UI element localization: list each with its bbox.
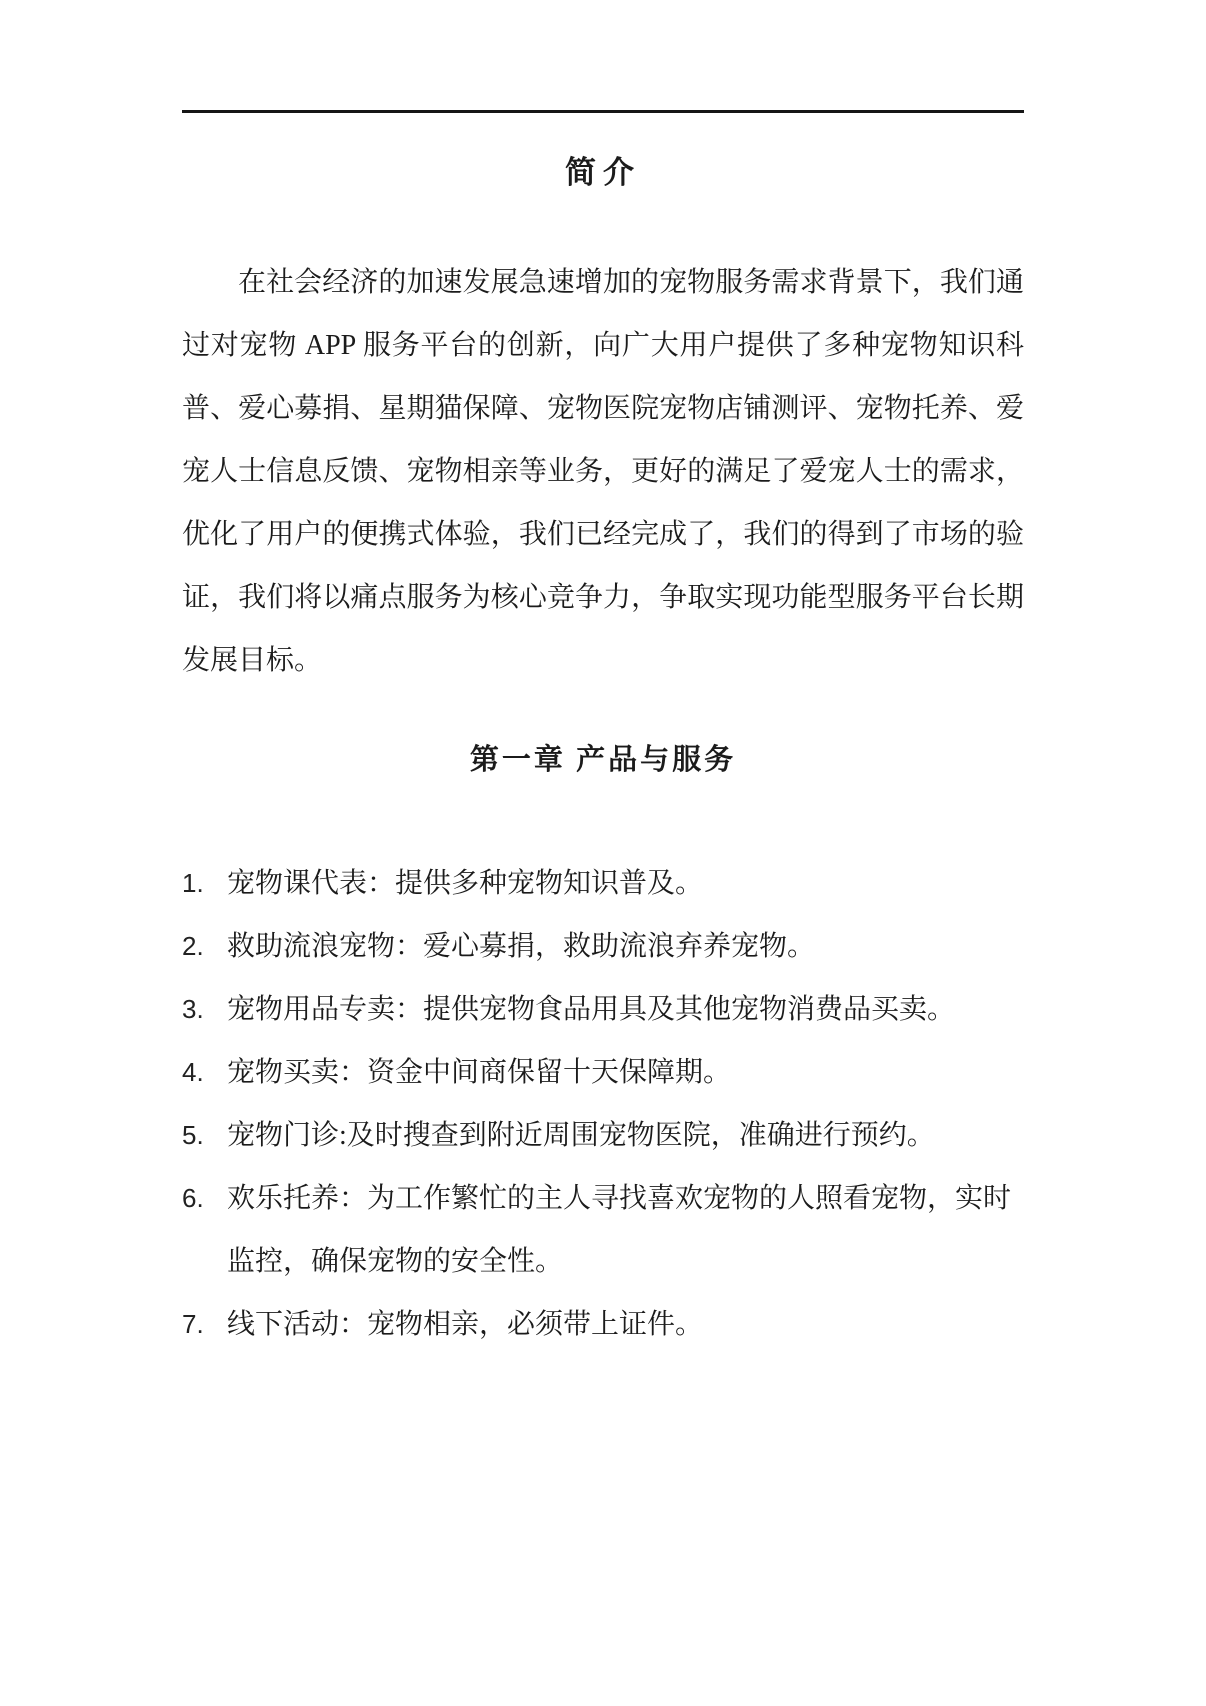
list-item-text: 欢乐托养：为工作繁忙的主人寻找喜欢宠物的人照看宠物，实时监控，确保宠物的安全性。 [227,1167,1024,1293]
list-item-number: 2. [182,915,227,978]
list-item-text: 宠物买卖：资金中间商保留十天保障期。 [227,1041,1024,1104]
list-item-number: 1. [182,852,227,915]
intro-paragraph: 在社会经济的加速发展急速增加的宠物服务需求背景下，我们通过对宠物 APP 服务平… [182,251,1024,692]
list-item: 3. 宠物用品专卖：提供宠物食品用具及其他宠物消费品买卖。 [182,978,1024,1041]
list-item-text: 线下活动：宠物相亲，必须带上证件。 [227,1293,1024,1356]
list-item-number: 6. [182,1167,227,1230]
list-item-number: 5. [182,1104,227,1167]
list-item: 6. 欢乐托养：为工作繁忙的主人寻找喜欢宠物的人照看宠物，实时监控，确保宠物的安… [182,1167,1024,1293]
document-content: 简介 在社会经济的加速发展急速增加的宠物服务需求背景下，我们通过对宠物 APP … [182,110,1024,1356]
list-item: 4. 宠物买卖：资金中间商保留十天保障期。 [182,1041,1024,1104]
list-item: 2. 救助流浪宠物：爱心募捐，救助流浪弃养宠物。 [182,915,1024,978]
list-item-text: 宠物用品专卖：提供宠物食品用具及其他宠物消费品买卖。 [227,978,1024,1041]
chapter-heading: 第一章 产品与服务 [182,738,1024,782]
list-item-text: 宠物门诊:及时搜查到附近周围宠物医院，准确进行预约。 [227,1104,1024,1167]
list-item: 1. 宠物课代表：提供多种宠物知识普及。 [182,852,1024,915]
product-service-list: 1. 宠物课代表：提供多种宠物知识普及。 2. 救助流浪宠物：爱心募捐，救助流浪… [182,852,1024,1356]
list-item-number: 7. [182,1293,227,1356]
list-item: 5. 宠物门诊:及时搜查到附近周围宠物医院，准确进行预约。 [182,1104,1024,1167]
list-item: 7. 线下活动：宠物相亲，必须带上证件。 [182,1293,1024,1356]
list-item-number: 3. [182,978,227,1041]
list-item-text: 救助流浪宠物：爱心募捐，救助流浪弃养宠物。 [227,915,1024,978]
page-title: 简介 [182,153,1024,193]
list-item-number: 4. [182,1041,227,1104]
header-rule [182,110,1024,113]
list-item-text: 宠物课代表：提供多种宠物知识普及。 [227,852,1024,915]
document-page: 简介 在社会经济的加速发展急速增加的宠物服务需求背景下，我们通过对宠物 APP … [0,0,1206,1706]
